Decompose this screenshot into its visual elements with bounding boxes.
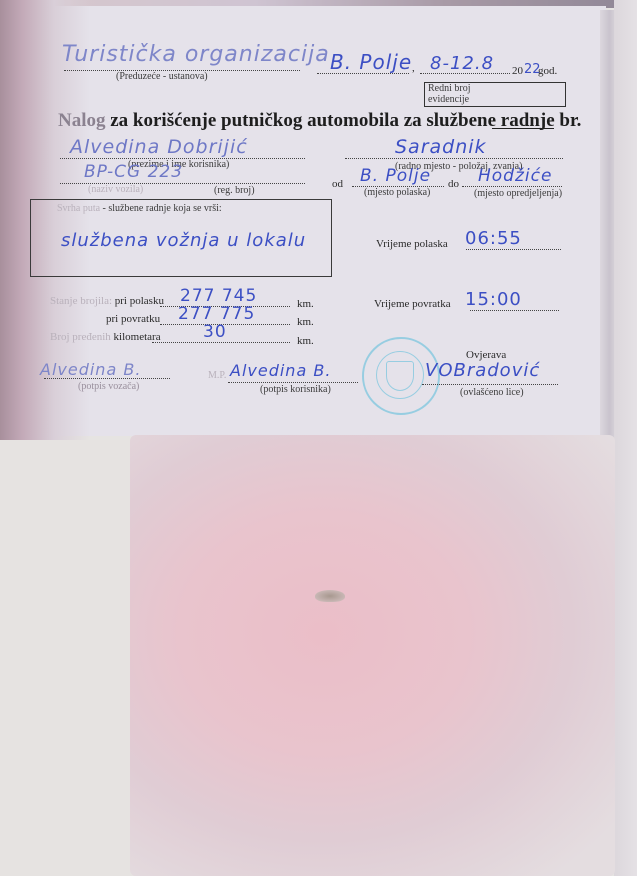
route-from-label: (mjesto polaska) — [364, 187, 430, 198]
position-line — [345, 158, 563, 159]
return-time-value: 15:00 — [465, 289, 522, 310]
record-number-box[interactable]: Redni broj evidencije — [424, 82, 566, 107]
user-name-value: Alvedina Dobrijić — [70, 136, 248, 158]
distance-line — [152, 342, 290, 343]
stamp-coat-of-arms-icon — [386, 361, 414, 391]
year-prefix: 20 — [512, 65, 523, 77]
record-box-line1: Redni broj — [428, 83, 471, 94]
date-line — [420, 73, 510, 74]
organization-label: (Preduzeće - ustanova) — [116, 71, 208, 82]
driver-signature: Alvedina B. — [40, 360, 141, 379]
purpose-label-faded: Svrha puta — [57, 203, 100, 214]
departure-time-value: 06:55 — [465, 228, 522, 249]
year-god: god. — [538, 65, 557, 77]
odometer-label-faded: Stanje brojila: — [50, 295, 112, 307]
certified-signature-line — [422, 384, 558, 385]
route-from-prefix: od — [332, 178, 343, 190]
certified-signature: VOBradović — [425, 360, 540, 381]
title-faded: Nalog — [58, 110, 106, 131]
user-signature-line — [228, 382, 358, 383]
distance-value: 30 — [203, 322, 227, 342]
route-from-value: B. Polje — [360, 166, 431, 186]
order-number-blank[interactable] — [492, 128, 554, 129]
certified-label: (ovlašćeno lice) — [460, 387, 524, 398]
date-value: 8-12.8 — [430, 53, 494, 74]
return-time-label: Vrijeme povratka — [374, 298, 451, 310]
purpose-value: službena vožnja u lokalu — [61, 230, 306, 251]
purpose-label-text: - službene radnje koja se vrši: — [100, 203, 222, 214]
distance-label: Broj pređenih kilometara — [50, 331, 161, 343]
route-to-prefix: do — [448, 178, 459, 190]
departure-time-label: Vrijeme polaska — [376, 238, 448, 250]
seal-marker: M.P. — [208, 370, 226, 381]
purpose-box[interactable]: Svrha puta - službene radnje koja se vrš… — [30, 199, 332, 277]
right-shadow — [614, 0, 637, 876]
km-unit-2: km. — [297, 316, 314, 328]
km-unit-3: km. — [297, 335, 314, 347]
user-signature: Alvedina B. — [230, 361, 331, 380]
comma: , — [412, 62, 415, 74]
route-to-line — [462, 186, 562, 187]
organization-value: Turistička organizacija — [62, 42, 330, 67]
record-box-line2: evidencije — [428, 94, 469, 105]
km-unit-1: km. — [297, 298, 314, 310]
vehicle-reg-label: (reg. broj) — [214, 185, 255, 196]
route-to-label: (mjesto opredjeljenja) — [474, 188, 562, 199]
stain — [315, 590, 345, 602]
departure-time-line — [466, 249, 561, 250]
odometer-departure-label: Stanje brojila: pri polasku — [50, 295, 164, 307]
route-to-value: Hodžiće — [478, 166, 552, 186]
odometer-return-label: pri povratku — [106, 313, 160, 325]
place-value: B. Polje — [330, 50, 412, 74]
back-cover-area — [130, 435, 615, 876]
distance-label-faded: Broj pređenih — [50, 331, 111, 343]
vehicle-name-label: (naziv vozila) — [88, 184, 143, 195]
blank-area — [0, 440, 135, 876]
odometer-departure-text: pri polasku — [112, 295, 164, 307]
driver-signature-label: (potpis vozača) — [78, 381, 139, 392]
driver-signature-line — [44, 378, 170, 379]
odometer-departure-value: 277 745 — [180, 286, 257, 306]
purpose-label: Svrha puta - službene radnje koja se vrš… — [57, 203, 222, 214]
user-signature-label: (potpis korisnika) — [260, 384, 331, 395]
vehicle-value: BP-CG 223 — [84, 162, 183, 182]
position-value: Saradnik — [395, 136, 487, 158]
place-line — [317, 73, 409, 74]
odometer-return-value: 277 775 — [178, 304, 255, 324]
return-time-line — [470, 310, 559, 311]
